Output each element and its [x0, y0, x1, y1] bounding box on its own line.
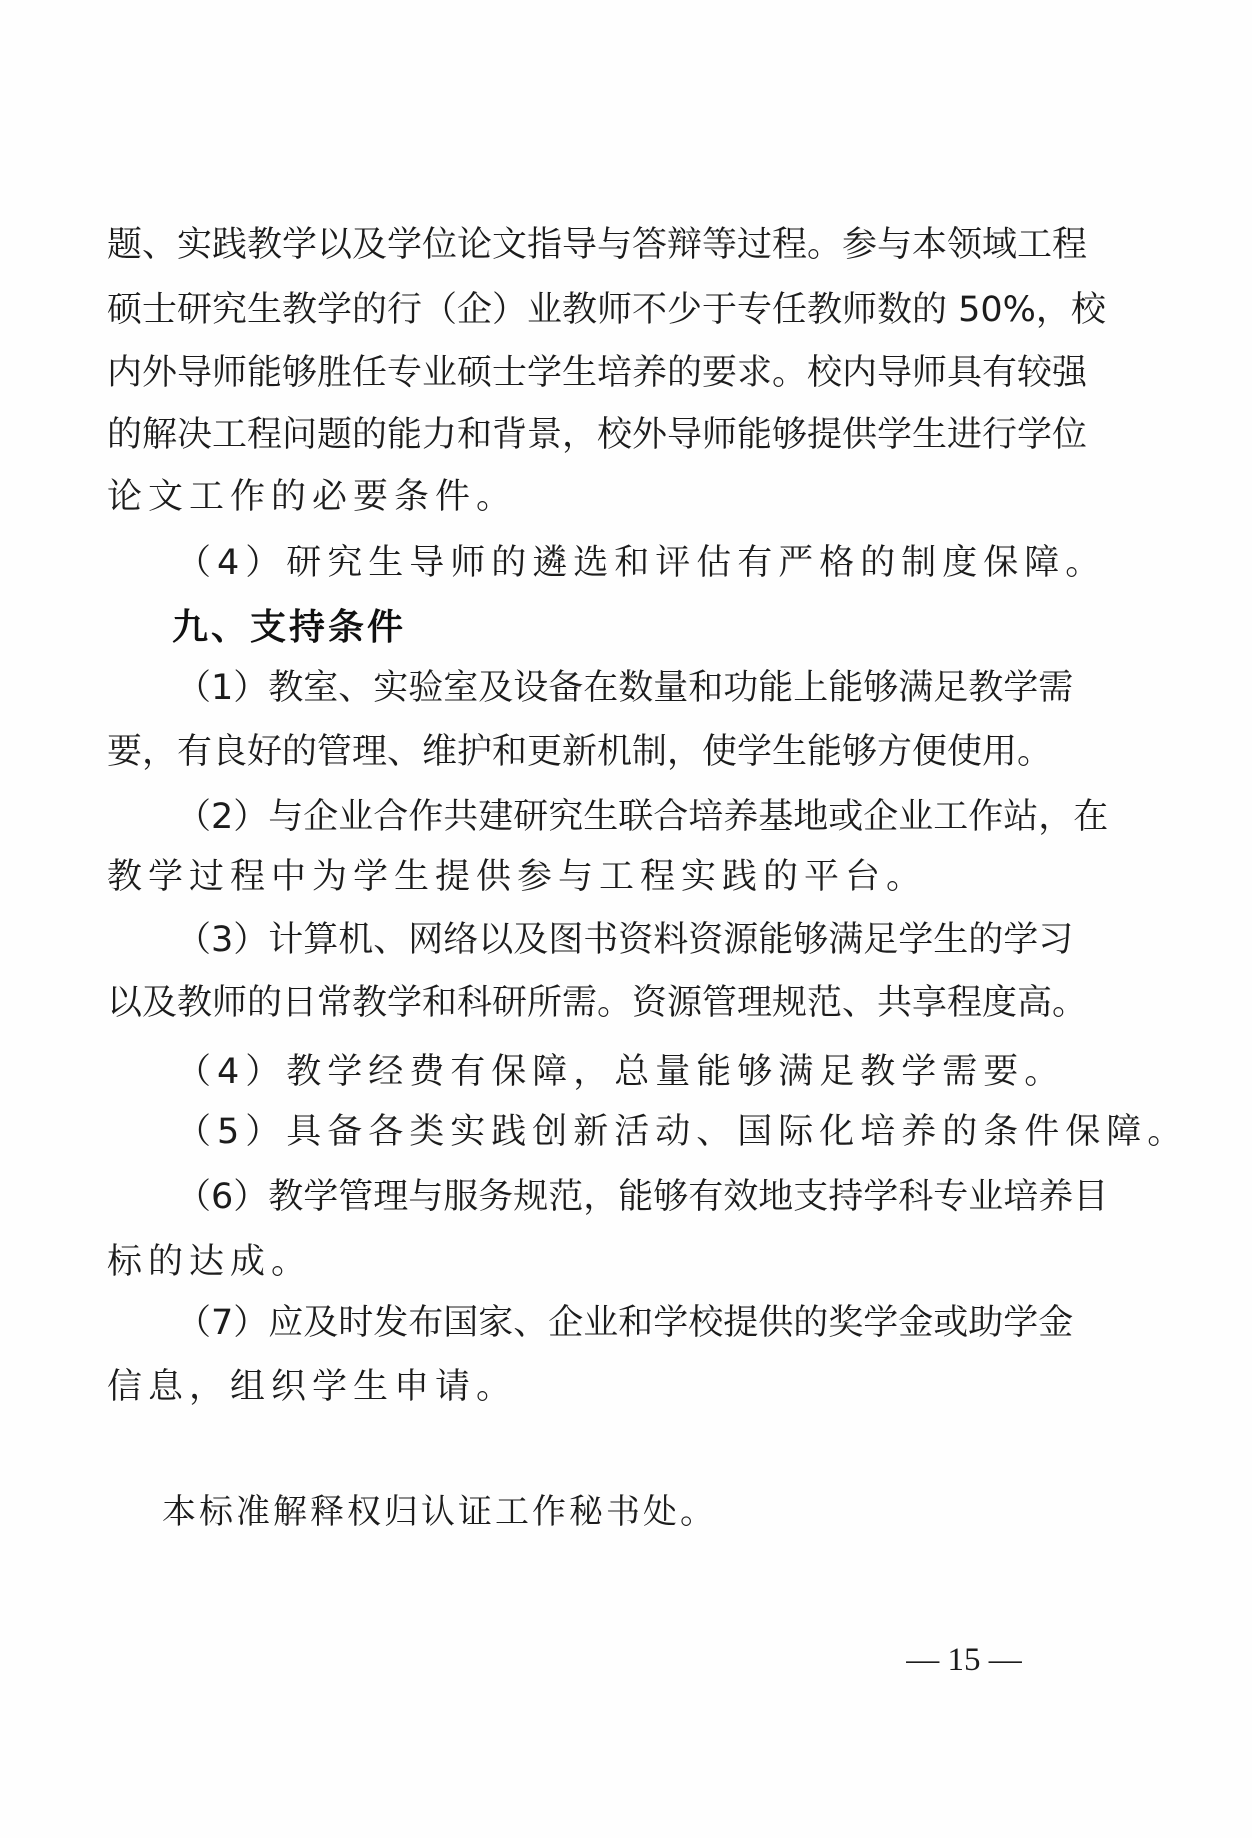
text-line: （5）具备各类实践创新活动、国际化培养的条件保障。	[176, 1110, 1046, 1154]
text-line: 信息，组织学生申请。	[107, 1365, 1051, 1409]
text-line: 标的达成。	[107, 1240, 1051, 1284]
closing-statement: 本标准解释权归认证工作秘书处。	[162, 1490, 717, 1534]
text-line: （4）教学经费有保障，总量能够满足教学需要。	[176, 1050, 1046, 1094]
text-line: 教学过程中为学生提供参与工程实践的平台。	[107, 855, 1051, 899]
text-line: 论文工作的必要条件。	[107, 475, 1051, 519]
text-line: 内外导师能够胜任专业硕士学生培养的要求。校内导师具有较强	[107, 351, 1051, 395]
text-line: （7）应及时发布国家、企业和学校提供的奖学金或助学金	[176, 1301, 1051, 1345]
text-line: 以及教师的日常教学和科研所需。资源管理规范、共享程度高。	[107, 981, 1051, 1025]
page-number: — 15 —	[898, 1640, 1030, 1680]
text-line: （3）计算机、网络以及图书资料资源能够满足学生的学习	[176, 918, 1051, 962]
text-line: （1）教室、实验室及设备在数量和功能上能够满足教学需	[176, 666, 1051, 710]
document-page: 题、实践教学以及学位论文指导与答辩等过程。参与本领域工程 硕士研究生教学的行（企…	[0, 0, 1252, 1838]
text-line: （4）研究生导师的遴选和评估有严格的制度保障。	[176, 541, 1046, 585]
text-line: （6）教学管理与服务规范，能够有效地支持学科专业培养目	[176, 1175, 1051, 1219]
text-line: 题、实践教学以及学位论文指导与答辩等过程。参与本领域工程	[107, 223, 1051, 267]
text-line: 的解决工程问题的能力和背景，校外导师能够提供学生进行学位	[107, 413, 1051, 457]
section-heading: 九、支持条件	[172, 605, 406, 651]
text-line: 要，有良好的管理、维护和更新机制，使学生能够方便使用。	[107, 730, 1051, 774]
text-line: （2）与企业合作共建研究生联合培养基地或企业工作站，在	[176, 795, 1051, 839]
text-line: 硕士研究生教学的行（企）业教师不少于专任教师数的 50%，校	[107, 288, 1051, 332]
